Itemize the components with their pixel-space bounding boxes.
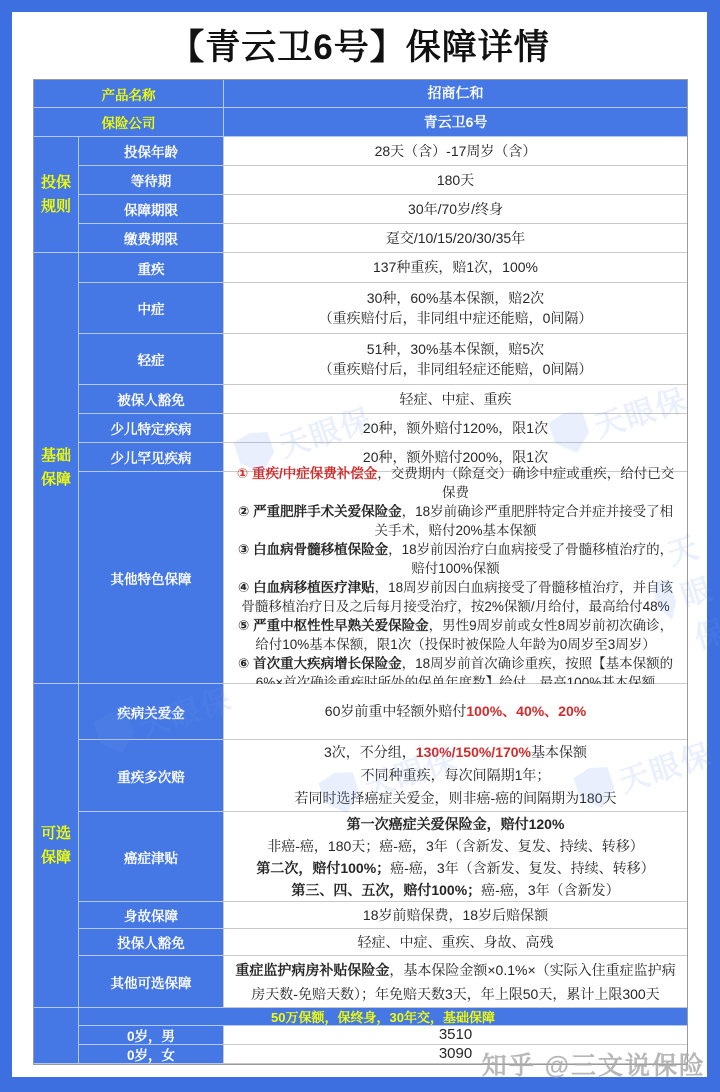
table-row: 其他可选保障 重症监护病房补贴保险金，基本保险金额×0.1%×（实际入住重症监护…	[79, 956, 687, 1008]
mild-illness-label: 轻症	[79, 334, 223, 385]
company-value: 青云卫6号	[223, 108, 687, 137]
table-row: 投保人豁免 轻症、中症、重疾、身故、高残	[79, 929, 687, 956]
moderate-illness-label: 中症	[79, 283, 223, 334]
multi-claim-label: 重疾多次赔	[79, 740, 223, 812]
critical-illness-label: 重疾	[79, 253, 223, 283]
death-benefit-label: 身故保障	[79, 902, 223, 929]
table-row: 少儿特定疾病 20种，额外赔付120%，限1次	[79, 414, 687, 443]
table-row: 轻症 51种，30%基本保额，赔5次 （重疾赔付后，非同组轻症还能赔，0间隔）	[79, 334, 687, 385]
cancer-allowance-value: 第一次癌症关爱保险金，赔付120% 非癌-癌，180天；癌-癌，3年（含新发、复…	[223, 812, 687, 902]
coverage-table: 产品名称 招商仁和 保险公司 青云卫6号 投保规则 投保年龄 28天（含）-17…	[33, 79, 688, 1065]
infographic-page: { "title": "【青云卫6号】保障详情", "colors": { "f…	[0, 0, 720, 1092]
child-specific-value: 20种，额外赔付120%，限1次	[223, 414, 687, 443]
section-side-label-basic: 基础保障	[34, 253, 79, 684]
section-basic-coverage: 基础保障 重疾 137种重疾，赔1次，100% 中症 30种，60%基本保额，赔…	[34, 253, 687, 684]
moderate-line2: （重疾赔付后，非同组中症还能赔，0间隔）	[319, 308, 593, 328]
table-row: 保险公司 青云卫6号	[34, 108, 687, 137]
section-side-label-optional: 可选保障	[34, 684, 79, 1008]
table-row: 被保人豁免 轻症、中症、重疾	[79, 385, 687, 414]
feature-item-5: ⑤ 严重中枢性性早熟关爱保险金，男性9周岁前或女性8周岁前初次确诊，给付10%基…	[232, 616, 679, 654]
coverage-term-value: 30年/70岁/终身	[223, 195, 687, 224]
table-row: 中症 30种，60%基本保额，赔2次 （重疾赔付后，非同组中症还能赔，0间隔）	[79, 283, 687, 334]
critical-illness-value: 137种重疾，赔1次，100%	[223, 253, 687, 283]
product-name-value: 招商仁和	[223, 80, 687, 108]
cancer-allowance-label: 癌症津贴	[79, 812, 223, 902]
payment-term-label: 缴费期限	[79, 224, 223, 253]
other-optional-label: 其他可选保障	[79, 956, 223, 1008]
feature-item-1: ① 重疾/中症保费补偿金，交费期内（除趸交）确诊中症或重疾，给付已交保费	[232, 464, 679, 502]
special-features-label: 其他特色保障	[79, 472, 223, 684]
mild-illness-value: 51种，30%基本保额，赔5次 （重疾赔付后，非同组轻症还能赔，0间隔）	[223, 334, 687, 385]
child-specific-label: 少儿特定疾病	[79, 414, 223, 443]
feature-item-4: ④ 白血病移植医疗津贴，18周岁前因白血病接受了骨髓移植治疗，并自该骨髓移植治疗…	[232, 578, 679, 616]
table-row: 保障期限 30年/70岁/终身	[79, 195, 687, 224]
coverage-term-label: 保障期限	[79, 195, 223, 224]
death-benefit-value: 18岁前赔保费，18岁后赔保额	[223, 902, 687, 929]
table-row: 等待期 180天	[79, 166, 687, 195]
insured-waiver-label: 被保人豁免	[79, 385, 223, 414]
table-row: 重疾 137种重疾，赔1次，100%	[79, 253, 687, 283]
section-application-rules: 投保规则 投保年龄 28天（含）-17周岁（含） 等待期 180天 保障期限 3…	[34, 137, 687, 253]
insured-waiver-value: 轻症、中症、重疾	[223, 385, 687, 414]
table-row: 其他特色保障 ① 重疾/中症保费补偿金，交费期内（除趸交）确诊中症或重疾，给付已…	[79, 472, 687, 684]
table-row: 身故保障 18岁前赔保费，18岁后赔保额	[79, 902, 687, 929]
feature-item-3: ③ 白血病骨髓移植保险金，18岁前因治疗白血病接受了骨髓移植治疗的，赔付100%…	[232, 540, 679, 578]
policyholder-waiver-label: 投保人豁免	[79, 929, 223, 956]
section-side-label-rules: 投保规则	[34, 137, 79, 253]
content-area: 【青云卫6号】保障详情 产品名称 招商仁和 保险公司 青云卫6号 投保规则 投保…	[12, 12, 707, 1077]
waiting-period-value: 180天	[223, 166, 687, 195]
premium-male-label: 0岁，男	[79, 1026, 223, 1045]
mild-line2: （重疾赔付后，非同组轻症还能赔，0间隔）	[319, 359, 593, 379]
multi-claim-value: 3次，不分组，130%/150%/170%基本保额 不同种重疾，每次间隔期1年；…	[223, 740, 687, 812]
entry-age-value: 28天（含）-17周岁（含）	[223, 137, 687, 166]
table-row: 缴费期限 趸交/10/15/20/30/35年	[79, 224, 687, 253]
other-optional-value: 重症监护病房补贴保险金，基本保险金额×0.1%×（实际入住重症监护病房天数-免赔…	[223, 956, 687, 1008]
mild-line1: 51种，30%基本保额，赔5次	[367, 339, 544, 359]
section-optional-coverage: 可选保障 疾病关爱金 60岁前重中轻额外赔付100%、40%、20% 重疾多次赔…	[34, 684, 687, 1008]
feature-item-2: ② 严重肥胖手术关爱保险金，18岁前确诊严重肥胖特定合并症并接受了相关手术，赔付…	[232, 502, 679, 540]
company-label: 保险公司	[34, 108, 223, 137]
entry-age-label: 投保年龄	[79, 137, 223, 166]
premium-summary: 50万保额，保终身，30年交，基础保障	[79, 1008, 687, 1026]
table-row: 0岁，男 3510	[79, 1026, 687, 1045]
premium-female-label: 0岁，女	[79, 1045, 223, 1064]
table-row: 投保年龄 28天（含）-17周岁（含）	[79, 137, 687, 166]
special-features-value: ① 重疾/中症保费补偿金，交费期内（除趸交）确诊中症或重疾，给付已交保费 ② 严…	[223, 472, 687, 684]
illness-care-label: 疾病关爱金	[79, 684, 223, 740]
moderate-line1: 30种，60%基本保额，赔2次	[367, 288, 544, 308]
child-rare-label: 少儿罕见疾病	[79, 443, 223, 472]
table-row: 产品名称 招商仁和	[34, 80, 687, 108]
product-name-label: 产品名称	[34, 80, 223, 108]
author-watermark: 知乎 @三文说保险	[482, 1046, 706, 1082]
table-row: 癌症津贴 第一次癌症关爱保险金，赔付120% 非癌-癌，180天；癌-癌，3年（…	[79, 812, 687, 902]
waiting-period-label: 等待期	[79, 166, 223, 195]
policyholder-waiver-value: 轻症、中症、重疾、身故、高残	[223, 929, 687, 956]
payment-term-value: 趸交/10/15/20/30/35年	[223, 224, 687, 253]
table-row: 疾病关爱金 60岁前重中轻额外赔付100%、40%、20%	[79, 684, 687, 740]
table-row: 重疾多次赔 3次，不分组，130%/150%/170%基本保额 不同种重疾，每次…	[79, 740, 687, 812]
premium-side-spacer	[34, 1008, 79, 1064]
moderate-illness-value: 30种，60%基本保额，赔2次 （重疾赔付后，非同组中症还能赔，0间隔）	[223, 283, 687, 334]
illness-care-value: 60岁前重中轻额外赔付100%、40%、20%	[223, 684, 687, 740]
page-title: 【青云卫6号】保障详情	[12, 20, 707, 70]
